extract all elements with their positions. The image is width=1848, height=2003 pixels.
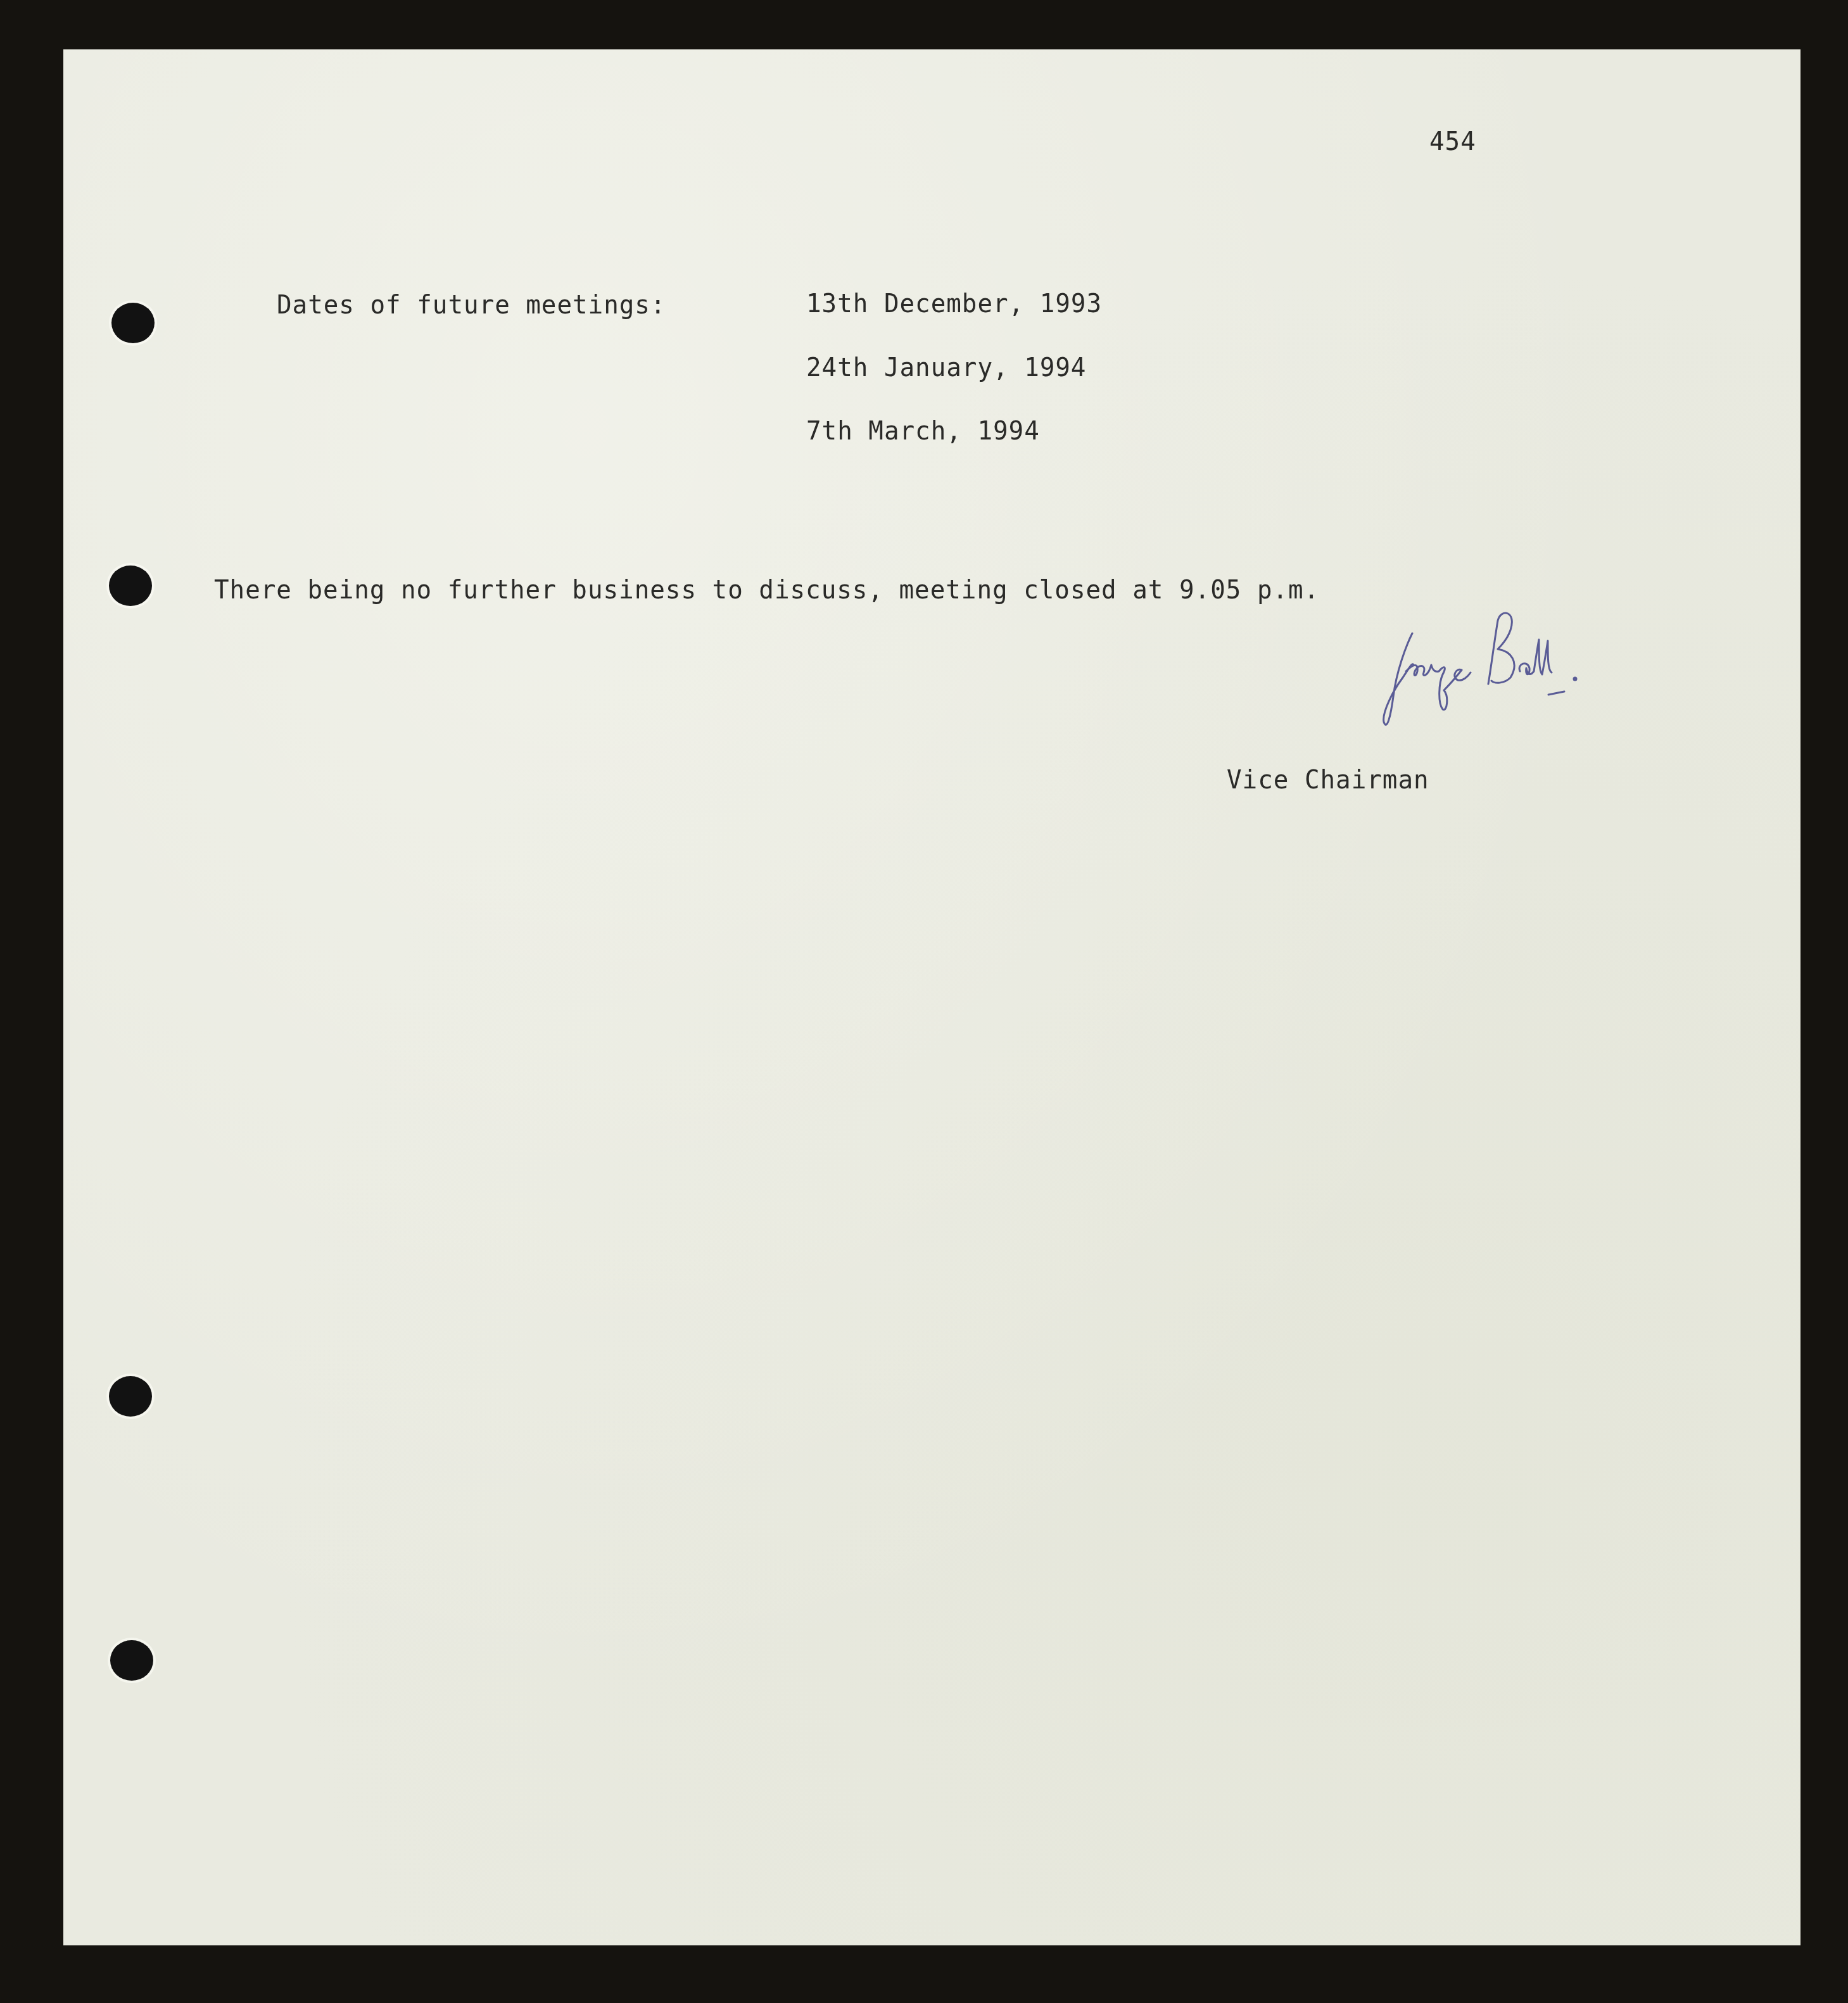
signature	[1368, 602, 1647, 728]
meeting-date: 24th January, 1994	[806, 353, 1086, 383]
meeting-date: 13th December, 1993	[806, 289, 1102, 319]
closing-statement: There being no further business to discu…	[214, 575, 1319, 605]
page-number: 454	[1429, 127, 1476, 157]
signatory-title: Vice Chairman	[1227, 765, 1429, 795]
punch-hole	[109, 566, 152, 606]
meeting-date: 7th March, 1994	[806, 416, 1040, 446]
punch-hole	[111, 303, 155, 343]
document-page	[63, 49, 1801, 1945]
future-meetings-label: Dates of future meetings:	[277, 290, 666, 320]
punch-hole	[109, 1376, 152, 1417]
punch-hole	[110, 1640, 153, 1681]
